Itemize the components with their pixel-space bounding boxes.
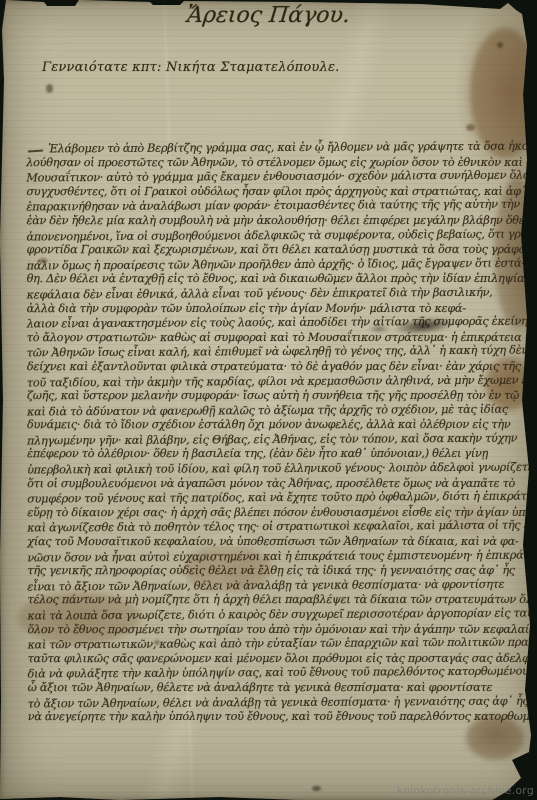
manuscript-line: καὶ τῶν στρατιωτικῶν, καθὼς καὶ ἀπὸ τὴν … (28, 636, 533, 654)
manuscript-line: διὰ νὰ φυλάξητε τὴν καλὴν ὑπόληψίν σας, … (28, 665, 533, 683)
manuscript-paper: Ἄρειος Πάγου. Γενναιότατε κπτ: Νικήτα Στ… (0, 0, 537, 800)
manuscript-line: δείχνει καὶ ἐξαντλοῦνται φιλικὰ στρατεύμ… (27, 360, 532, 375)
ink-speck (466, 124, 475, 131)
manuscript-line: φροντίδα Γραικῶν καὶ ξεχωρισμένων, καὶ ὅ… (27, 243, 532, 258)
manuscript-line: δυνάμεις· διὰ τὸ ἴδιον σχέδιον ἐστάλθη ὄ… (27, 418, 532, 433)
manuscript-body: Ἐλάβομεν τὸ ἀπὸ Βερβίτζης γράμμα σας, κα… (26, 140, 533, 725)
manuscript-line: θη. Δὲν θέλει νὰ ἐνταχθῇ εἰς τὸ ἔθνος, κ… (27, 272, 532, 287)
manuscript-line: κεφάλαια δὲν εἶναι ἐθνικά, ἀλλὰ εἶναι το… (27, 285, 532, 303)
scanned-document-photo: Ἄρειος Πάγου. Γενναιότατε κπτ: Νικήτα Στ… (0, 0, 537, 800)
manuscript-line: λαιον εἶναι ἀγανακτησμένον εἰς τοὺς λαού… (27, 315, 532, 333)
manuscript-line: ζωῆς, καὶ ὕστερον μελανὴν συμφοράν· ἴσως… (27, 389, 532, 404)
manuscript-line: ἐπαρακινήθησαν νὰ ἀναλάβωσι μίαν φοράν· … (26, 198, 531, 216)
manuscript-line: καὶ τὰ λοιπὰ ὅσα γνωρίζετε, διότι ὁ καιρ… (27, 607, 532, 625)
manuscript-line: ὑπερβολικὴ καὶ φιλικὴ τοῦ ἰδίου, καὶ φίλ… (27, 461, 532, 479)
manuscript-line: χίας τοῦ Μουσαϊτικοῦ κεφαλαίου, νὰ ὑποθε… (27, 535, 532, 550)
manuscript-line: Μουσαΐτικον· αὐτὸ τὸ γράμμα μᾶς ἔκαμεν ἐ… (26, 169, 531, 187)
manuscript-line: Ἐλάβομεν τὸ ἀπὸ Βερβίτζης γράμμα σας, κα… (26, 140, 531, 158)
paper-stain (470, 28, 537, 158)
salutation-line: Γενναιότατε κπτ: Νικήτα Σταματελόπουλε. (42, 60, 339, 75)
manuscript-line: ἐπέφερον τὸ ὀλέθριον· ὅθεν ἡ βασιλεία τη… (27, 447, 532, 462)
manuscript-line: καὶ ἀγωνίζεσθε διὰ τὸ ποθητὸν τέλος της·… (27, 519, 532, 537)
manuscript-line: νὰ ἀνεγείρητε τὴν καλὴν ὑπόληψιν τοῦ ἔθν… (28, 710, 533, 725)
archive-watermark: kolokotronis-archive.org (397, 784, 534, 797)
manuscript-line: τῶν Ἀθηνῶν ἴσως εἶναι καλή, καὶ ἐπιθυμεῖ… (27, 344, 532, 362)
page-number: 61 (521, 756, 534, 767)
manuscript-line: συμφέρον τοῦ γένους καὶ τῆς πατρίδος, κα… (27, 490, 532, 508)
document-title: Ἄρειος Πάγου. (0, 3, 537, 28)
ink-speck (312, 786, 321, 791)
manuscript-line: τέλος πάντων νὰ μὴ νομίζητε ὅτι ἡ ἀρχὴ θ… (27, 593, 532, 608)
manuscript-line: ὦ ἄξιοι τῶν Ἀθηναίων, θέλετε νὰ ἀναλάβητ… (28, 681, 533, 696)
manuscript-line: ἐὰν δὲν ἤθελε μία καλὴ συμβουλὴ νὰ μὴν ἀ… (26, 214, 531, 229)
manuscript-line: τῆς γενικῆς πληροφορίας οὐδεὶς θέλει νὰ … (27, 564, 532, 579)
ink-speck (497, 42, 503, 48)
ink-speck (46, 84, 53, 93)
